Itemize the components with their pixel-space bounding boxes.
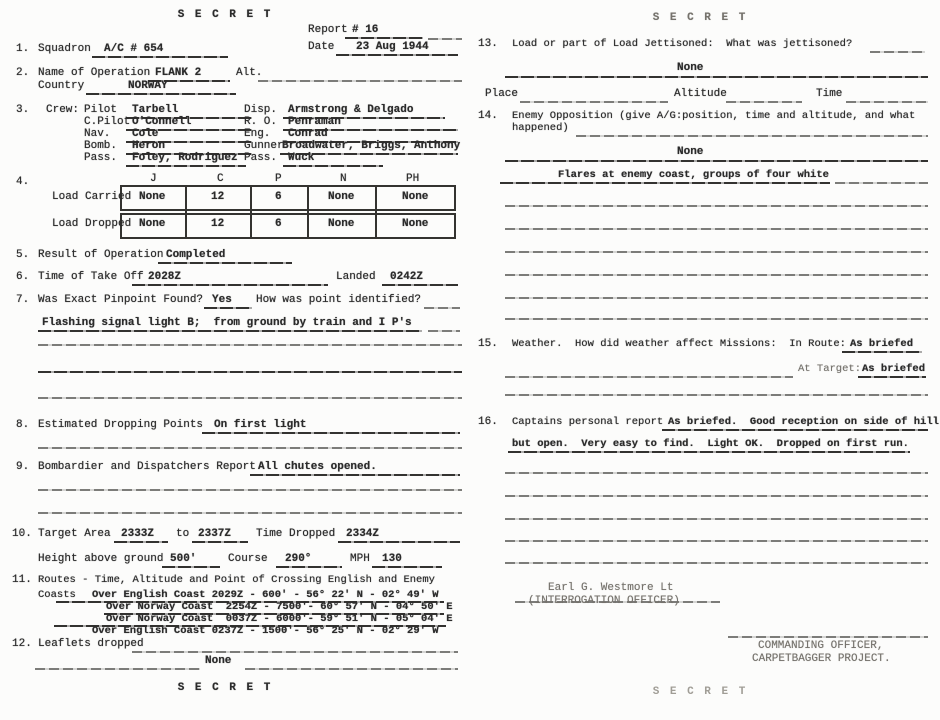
report-number: # 16 (352, 24, 378, 36)
form-line (500, 182, 830, 184)
blank-line (38, 447, 462, 449)
passenger-label: Pass. (84, 152, 117, 164)
jettison-value: None (677, 62, 703, 74)
right-page: S E C R E T 13. Load or part of Load Jet… (470, 0, 940, 720)
q14-number: 14. (478, 110, 498, 122)
passenger2-value: Wuck (288, 152, 314, 164)
country-value: NORWAY (128, 80, 168, 92)
copilot-label: C.Pilot (84, 116, 130, 128)
course-value: 290° (285, 553, 311, 565)
q10-number: 10. (12, 528, 32, 540)
q9-number: 9. (16, 461, 29, 473)
dispatcher-value: Armstrong & Delgado (288, 104, 413, 116)
form-line (508, 451, 910, 453)
blank-line (505, 251, 928, 253)
form-line (372, 566, 442, 568)
form-line (38, 330, 422, 332)
blank-line (38, 489, 462, 491)
commanding-officer-line-1: COMMANDING OFFICER, (758, 640, 883, 652)
form-line (258, 80, 462, 82)
navigator-value: Cole (132, 128, 158, 140)
form-line (835, 182, 928, 184)
bombardier-label: Bomb. (84, 140, 117, 152)
blank-line (505, 318, 928, 320)
date-value: 23 Aug 1944 (356, 41, 429, 53)
pilot-value: Tarbell (132, 104, 178, 116)
col-header-ph: PH (406, 173, 419, 185)
dispatchers-report-label: Bombardier and Dispatchers Report (38, 461, 256, 473)
blank-line (505, 274, 928, 276)
table-cell: 12 (211, 191, 224, 203)
altitude-label: Altitude (674, 88, 727, 100)
weather-label: Weather. How did weather affect Missions… (512, 338, 846, 350)
blank-line (505, 495, 928, 497)
form-line (576, 135, 928, 137)
col-header-p: P (275, 173, 282, 185)
route-english-out: Over English Coast 2029Z - 600' - 56° 22… (92, 589, 439, 601)
blank-line (38, 371, 462, 373)
col-header-n: N (340, 173, 347, 185)
form-line (858, 376, 926, 378)
q8-number: 8. (16, 419, 29, 431)
left-page: S E C R E T Report # 16 1. Squadron A/C … (0, 0, 470, 720)
passenger2-label: Pass. (244, 152, 277, 164)
time-dropped-label: Time Dropped (256, 528, 335, 540)
place-label: Place (485, 88, 518, 100)
captains-report-value-2: but open. Very easy to find. Light OK. D… (512, 438, 909, 450)
table-cell: None (139, 191, 165, 203)
table-cell: None (402, 191, 428, 203)
form-line (245, 668, 458, 670)
form-line (336, 54, 458, 56)
route-norway-out: Over Norway Coast 0037Z - 6000'- 59° 51'… (106, 613, 453, 625)
squadron-label: Squadron (38, 43, 91, 55)
load-table-divider (307, 185, 309, 239)
coasts-label: Coasts (38, 589, 76, 601)
q3-number: 3. (16, 104, 29, 116)
landed-label: Landed (336, 271, 376, 283)
report-label: Report (308, 24, 348, 36)
dropping-points-label: Estimated Dropping Points (38, 419, 203, 431)
result-value: Completed (166, 249, 225, 261)
blank-line (505, 394, 928, 396)
captains-report-label: Captains personal report (512, 416, 663, 428)
weather-target-label: At Target: (798, 363, 861, 375)
radio-operator-value: Penraman (288, 116, 341, 128)
flares-note: Flares at enemy coast, groups of four wh… (558, 169, 829, 181)
q12-number: 12. (12, 638, 32, 650)
classification-header: S E C R E T (150, 9, 300, 21)
q13-number: 13. (478, 38, 498, 50)
copilot-value: O'Connell (132, 116, 191, 128)
blank-line (505, 562, 928, 564)
landed-value: 0242Z (390, 271, 423, 283)
identified-label: How was point identified? (256, 294, 421, 306)
q4-number: 4. (16, 176, 29, 188)
load-carried-label: Load Carried (52, 191, 131, 203)
operation-value: FLANK 2 (155, 67, 201, 79)
form-line (338, 541, 460, 543)
form-line (276, 566, 342, 568)
blank-line (505, 228, 928, 230)
col-header-c: C (217, 173, 224, 185)
engineer-label: Eng. (244, 128, 270, 140)
routes-label: Routes - Time, Altitude and Point of Cro… (38, 574, 435, 586)
table-cell: None (328, 191, 354, 203)
blank-line (505, 518, 928, 520)
passenger-value: Foley, Rodriguez (132, 152, 238, 164)
mph-label: MPH (350, 553, 370, 565)
form-line (345, 37, 423, 39)
route-english-in: Over English Coast 0237Z - 1500'- 56° 25… (92, 625, 439, 637)
mph-value: 130 (382, 553, 402, 565)
form-line (870, 51, 925, 53)
weather-enroute-value: As briefed (850, 338, 913, 350)
operation-label: Name of Operation (38, 67, 150, 79)
pinpoint-value: Yes (212, 294, 232, 306)
form-line (428, 38, 462, 40)
height-label: Height above ground (38, 553, 163, 565)
classification-header: S E C R E T (630, 12, 770, 24)
co-signature-line (728, 636, 928, 638)
route-norway-in: Over Norway Coast 2254Z - 7500'- 60° 57'… (106, 601, 453, 613)
blank-line (38, 344, 462, 346)
form-line (283, 165, 383, 167)
blank-line (38, 512, 462, 514)
gunner-value: Broadwater, Briggs, Anthony (282, 140, 460, 152)
q2-number: 2. (16, 67, 29, 79)
load-dropped-label: Load Dropped (52, 218, 131, 230)
pilot-label: Pilot (84, 104, 117, 116)
leaflets-label: Leaflets dropped (38, 638, 144, 650)
bombardier-value: Heron (132, 140, 165, 152)
dispatchers-report-value: All chutes opened. (258, 461, 377, 473)
table-cell: 12 (211, 218, 224, 230)
pinpoint-label: Was Exact Pinpoint Found? (38, 294, 203, 306)
takeoff-label: Time of Take Off (38, 271, 144, 283)
form-line (726, 101, 802, 103)
alt-label: Alt. (236, 67, 262, 79)
form-line (114, 541, 168, 543)
dispatcher-label: Disp. (244, 104, 277, 116)
target-area-label: Target Area (38, 528, 111, 540)
classification-footer: S E C R E T (150, 682, 300, 694)
form-line (846, 101, 928, 103)
crew-label: Crew: (46, 104, 79, 116)
form-line (250, 474, 460, 476)
q16-number: 16. (478, 416, 498, 428)
signature-title: (INTERROGATION OFFICER) (528, 595, 680, 607)
weather-target-value: As briefed (862, 363, 925, 375)
load-table-divider (185, 185, 187, 239)
form-line (842, 351, 922, 353)
form-line (35, 668, 200, 670)
form-line (86, 93, 236, 95)
signature-name: Earl G. Westmore Lt (548, 582, 673, 594)
table-cell: 6 (275, 218, 282, 230)
form-line (132, 284, 328, 286)
form-line (204, 307, 252, 309)
navigator-label: Nav. (84, 128, 110, 140)
dropping-points-value: On first light (214, 419, 306, 431)
form-line (382, 284, 458, 286)
load-table-divider (375, 185, 377, 239)
table-cell: None (402, 218, 428, 230)
form-line (92, 56, 228, 58)
q6-number: 6. (16, 271, 29, 283)
q11-number: 11. (12, 574, 32, 586)
result-label: Result of Operation (38, 249, 163, 261)
form-line (132, 651, 458, 653)
blank-line (505, 205, 928, 207)
q5-number: 5. (16, 249, 29, 261)
blank-line (505, 297, 928, 299)
gunner-label: Gunner (244, 140, 284, 152)
identified-answer: Flashing signal light B; from ground by … (42, 317, 412, 329)
captains-report-value-1: As briefed. Good reception on side of hi… (668, 416, 939, 428)
to-label: to (176, 528, 189, 540)
table-cell: 6 (275, 191, 282, 203)
target-to-value: 2337Z (198, 528, 231, 540)
engineer-value: Conrad (288, 128, 328, 140)
commanding-officer-line-2: CARPETBAGGER PROJECT. (752, 653, 891, 665)
squadron-value: A/C # 654 (104, 43, 163, 55)
col-header-j: J (150, 173, 157, 185)
form-line (505, 76, 928, 78)
form-line (192, 541, 248, 543)
date-label: Date (308, 41, 334, 53)
form-line (428, 330, 460, 332)
course-label: Course (228, 553, 268, 565)
leaflets-value: None (205, 655, 231, 667)
form-line (505, 376, 793, 378)
q1-number: 1. (16, 43, 29, 55)
opposition-label-2: happened) (512, 122, 569, 134)
blank-line (38, 397, 462, 399)
blank-line (505, 472, 928, 474)
form-line (202, 432, 460, 434)
form-line (158, 262, 292, 264)
mission-report-scan: S E C R E T Report # 16 1. Squadron A/C … (0, 0, 940, 720)
q7-number: 7. (16, 294, 29, 306)
height-value: 500' (170, 553, 196, 565)
time-label: Time (816, 88, 842, 100)
radio-operator-label: R. O. (244, 116, 277, 128)
opposition-label-1: Enemy Opposition (give A/G:position, tim… (512, 110, 915, 122)
time-dropped-value: 2334Z (346, 528, 379, 540)
table-cell: None (328, 218, 354, 230)
classification-footer: S E C R E T (630, 686, 770, 698)
form-line (424, 307, 460, 309)
form-line (520, 101, 668, 103)
form-line (162, 566, 220, 568)
opposition-value: None (677, 146, 703, 158)
load-table-divider (250, 185, 252, 239)
country-label: Country (38, 80, 84, 92)
jettison-label: Load or part of Load Jettisoned: What wa… (512, 38, 852, 50)
target-from-value: 2333Z (121, 528, 154, 540)
takeoff-value: 2028Z (148, 271, 181, 283)
form-line (126, 165, 246, 167)
form-line (662, 429, 928, 431)
table-cell: None (139, 218, 165, 230)
q15-number: 15. (478, 338, 498, 350)
blank-line (505, 540, 928, 542)
form-line (505, 160, 928, 162)
